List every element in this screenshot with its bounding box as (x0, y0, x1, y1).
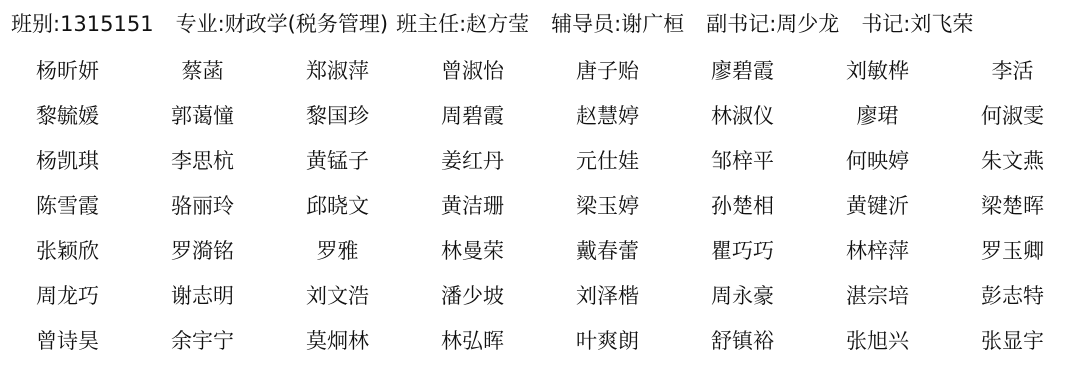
student-name: 张旭兴 (810, 317, 945, 362)
student-name: 朱文燕 (945, 137, 1077, 182)
student-name: 张显宇 (945, 317, 1077, 362)
student-name: 何淑雯 (945, 92, 1077, 137)
major: 专业:财政学(税务管理) (176, 8, 388, 38)
student-name: 骆丽玲 (135, 182, 270, 227)
student-name: 唐子贻 (540, 47, 675, 92)
student-name: 黄洁珊 (405, 182, 540, 227)
student-name: 梁楚晖 (945, 182, 1077, 227)
student-name: 何映婷 (810, 137, 945, 182)
student-name: 余宇宁 (135, 317, 270, 362)
roster-row: 陈雪霞 骆丽玲 邱晓文 黄洁珊 梁玉婷 孙楚相 黄键沂 梁楚晖 (0, 182, 1077, 227)
student-name: 周永豪 (675, 272, 810, 317)
roster-row: 曾诗昊 余宇宁 莫炯林 林弘晖 叶爽朗 舒镇裕 张旭兴 张显宇 (0, 317, 1077, 362)
student-name: 刘泽楷 (540, 272, 675, 317)
student-name: 周碧霞 (405, 92, 540, 137)
roster-row: 周龙巧 谢志明 刘文浩 潘少坡 刘泽楷 周永豪 湛宗培 彭志特 (0, 272, 1077, 317)
student-name: 彭志特 (945, 272, 1077, 317)
student-name: 舒镇裕 (675, 317, 810, 362)
student-name: 杨凯琪 (0, 137, 135, 182)
student-name: 周龙巧 (0, 272, 135, 317)
student-name: 叶爽朗 (540, 317, 675, 362)
student-name: 蔡菡 (135, 47, 270, 92)
student-name: 罗玉卿 (945, 227, 1077, 272)
student-name: 林曼荣 (405, 227, 540, 272)
student-roster: 杨昕妍 蔡菡 郑淑萍 曾淑怡 唐子贻 廖碧霞 刘敏桦 李活 黎毓媛 郭蔼憧 黎国… (0, 47, 1077, 362)
student-name: 曾淑怡 (405, 47, 540, 92)
student-name: 孙楚相 (675, 182, 810, 227)
student-name: 黎国珍 (270, 92, 405, 137)
student-name: 湛宗培 (810, 272, 945, 317)
student-name: 黎毓媛 (0, 92, 135, 137)
student-name: 杨昕妍 (0, 47, 135, 92)
student-name: 郭蔼憧 (135, 92, 270, 137)
student-name: 赵慧婷 (540, 92, 675, 137)
student-name: 曾诗昊 (0, 317, 135, 362)
student-name: 陈雪霞 (0, 182, 135, 227)
student-name: 李思杭 (135, 137, 270, 182)
student-name: 梁玉婷 (540, 182, 675, 227)
student-name: 林弘晖 (405, 317, 540, 362)
student-name: 林淑仪 (675, 92, 810, 137)
roster-row: 杨昕妍 蔡菡 郑淑萍 曾淑怡 唐子贻 廖碧霞 刘敏桦 李活 (0, 47, 1077, 92)
class-info-header: 班别:1315151 专业:财政学(税务管理) 班主任:赵方莹 辅导员:谢广桓 … (11, 8, 973, 38)
student-name: 郑淑萍 (270, 47, 405, 92)
student-name: 刘敏桦 (810, 47, 945, 92)
roster-row: 黎毓媛 郭蔼憧 黎国珍 周碧霞 赵慧婷 林淑仪 廖珺 何淑雯 (0, 92, 1077, 137)
class-number: 班别:1315151 (11, 8, 154, 38)
student-name: 瞿巧巧 (675, 227, 810, 272)
student-name: 邹梓平 (675, 137, 810, 182)
student-name: 邱晓文 (270, 182, 405, 227)
student-name: 罗雅 (270, 227, 405, 272)
student-name: 莫炯林 (270, 317, 405, 362)
student-name: 张颖欣 (0, 227, 135, 272)
student-name: 罗漪铭 (135, 227, 270, 272)
student-name: 廖珺 (810, 92, 945, 137)
counselor: 辅导员:谢广桓 (551, 8, 684, 38)
student-name: 戴春蕾 (540, 227, 675, 272)
deputy-secretary: 副书记:周少龙 (706, 8, 839, 38)
student-name: 黄锰子 (270, 137, 405, 182)
student-name: 元仕娃 (540, 137, 675, 182)
student-name: 黄键沂 (810, 182, 945, 227)
student-name: 廖碧霞 (675, 47, 810, 92)
student-name: 姜红丹 (405, 137, 540, 182)
roster-row: 张颖欣 罗漪铭 罗雅 林曼荣 戴春蕾 瞿巧巧 林梓萍 罗玉卿 (0, 227, 1077, 272)
secretary: 书记:刘飞荣 (861, 8, 973, 38)
student-name: 刘文浩 (270, 272, 405, 317)
student-name: 林梓萍 (810, 227, 945, 272)
head-teacher: 班主任:赵方莹 (396, 8, 529, 38)
roster-row: 杨凯琪 李思杭 黄锰子 姜红丹 元仕娃 邹梓平 何映婷 朱文燕 (0, 137, 1077, 182)
student-name: 谢志明 (135, 272, 270, 317)
student-name: 李活 (945, 47, 1077, 92)
student-name: 潘少坡 (405, 272, 540, 317)
